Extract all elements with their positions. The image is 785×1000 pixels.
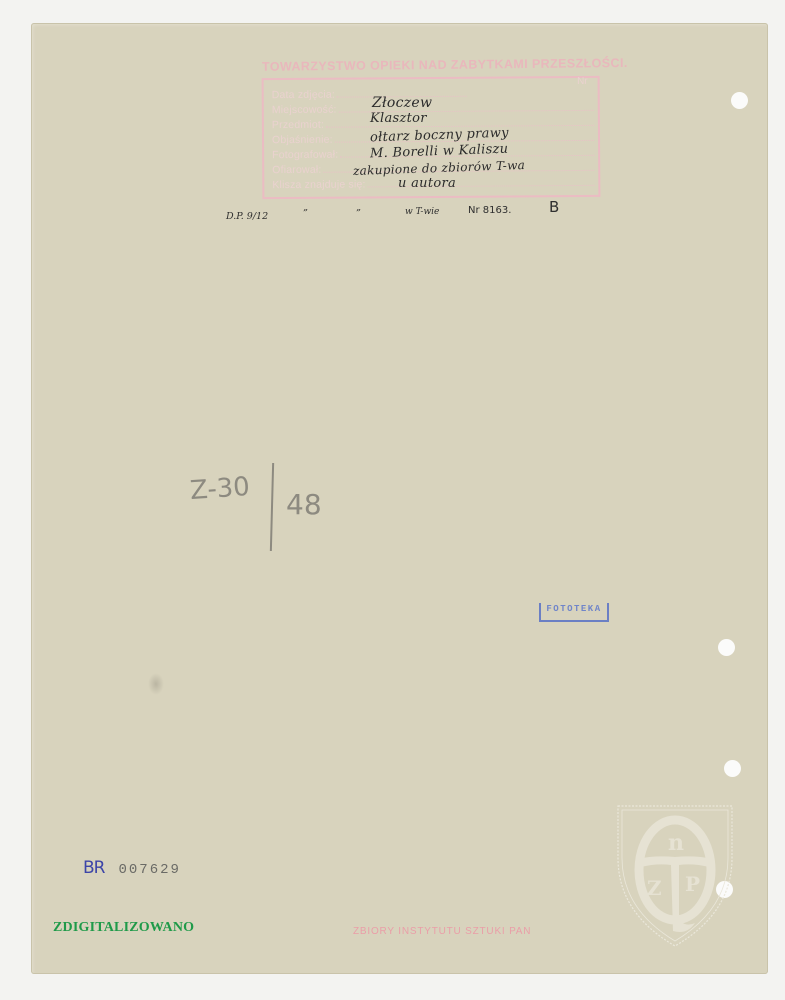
svg-text:n: n — [668, 830, 684, 856]
annotation-letter: B — [549, 198, 559, 216]
stamp-field-label: Miejscowość: — [272, 104, 337, 116]
shield-emblem-icon: n Z P — [615, 803, 735, 948]
stamp-field-label: Data zdjęcia: — [272, 89, 335, 101]
pencil-signature-right: 48 — [286, 488, 322, 521]
annotation-dp: D.P. 9/12 — [226, 211, 268, 222]
svg-text:Z: Z — [647, 876, 662, 900]
annotation-ditto: ” — [356, 208, 361, 219]
annotation-ditto: ” — [303, 208, 308, 219]
inventory-number: BR 007629 — [83, 858, 181, 878]
handwritten-place: Złoczew — [372, 95, 432, 111]
stamp-field-label: Objaśnienie: — [272, 134, 333, 146]
stamp-field-label: Przedmiot: — [272, 119, 324, 131]
pencil-signature-left: Z-30 — [189, 472, 251, 506]
inventory-prefix: BR — [83, 858, 104, 878]
inventory-value: 007629 — [118, 862, 180, 878]
stamp-field-label: Fotografował: — [272, 149, 338, 161]
stamp-field-label: Klisza znajduje się: — [272, 178, 365, 191]
svg-text:P: P — [685, 872, 700, 896]
collection-stamp: ZBIORY INSTYTUTU SZTUKI PAN — [353, 926, 531, 937]
smudge-mark — [148, 673, 164, 695]
annotation-number: Nr 8163. — [468, 205, 511, 216]
stamp-field-label: Ofiarował: — [272, 164, 321, 176]
punch-hole — [724, 760, 741, 777]
handwritten-negative: u autora — [398, 176, 456, 191]
punch-hole — [731, 92, 748, 109]
digitized-stamp: ZDIGITALIZOWANO — [53, 920, 194, 936]
handwritten-object: Klasztor — [370, 111, 427, 126]
fototeka-stamp: FOTOTEKA — [539, 603, 609, 622]
punch-hole — [718, 639, 735, 656]
annotation-location: w T-wie — [405, 207, 439, 217]
